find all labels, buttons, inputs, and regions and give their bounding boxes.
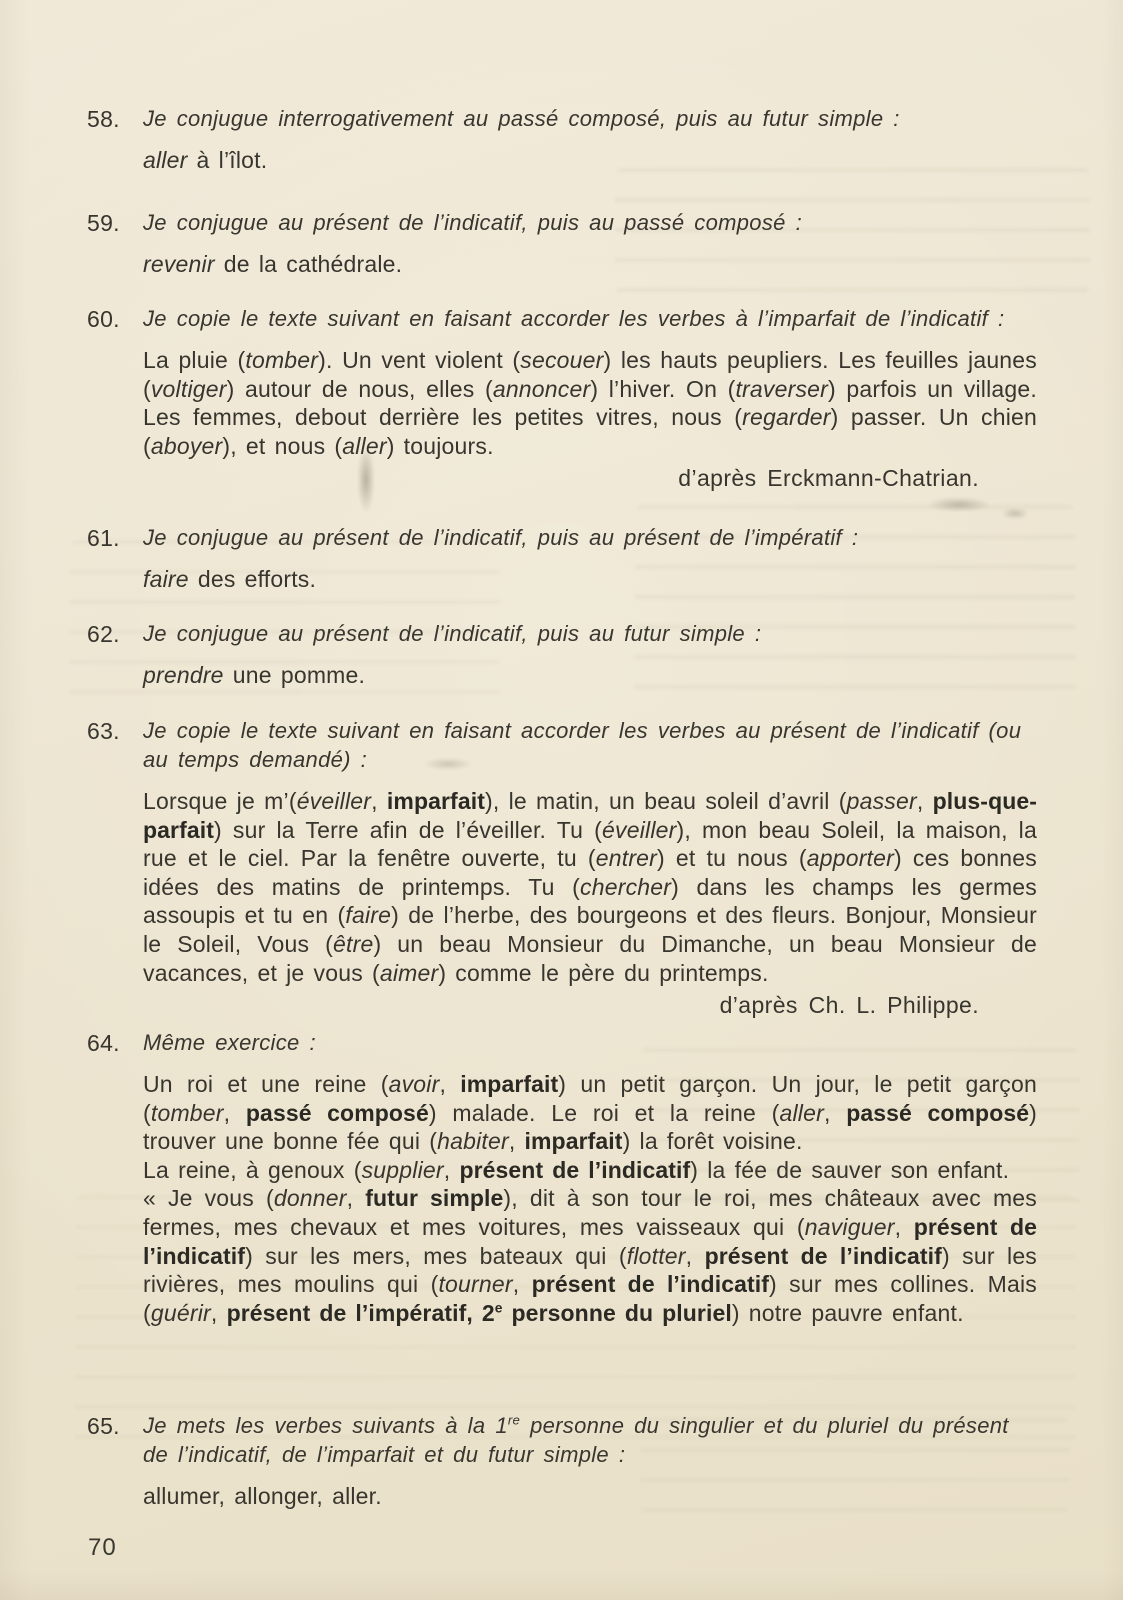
- exercise-59-number: 59.: [87, 209, 120, 238]
- exercise-61-text: faire des efforts.: [143, 565, 1037, 594]
- exercise-60: 60. Je copie le texte suivant en faisant…: [143, 304, 1037, 492]
- exercise-65-text: allumer, allonger, aller.: [143, 1482, 1037, 1511]
- exercise-61-instruction: Je conjugue au présent de l’indicatif, p…: [143, 523, 1037, 552]
- exercise-63: 63. Je copie le texte suivant en faisant…: [143, 716, 1037, 1019]
- exercise-64-number: 64.: [87, 1029, 120, 1058]
- exercise-63-instruction: Je copie le texte suivant en faisant acc…: [143, 716, 1037, 774]
- exercise-63-text: Lorsque je m’(éveiller, imparfait), le m…: [143, 787, 1037, 987]
- page-number: 70: [88, 1534, 117, 1562]
- exercise-60-number: 60.: [87, 305, 120, 334]
- exercise-59-instruction: Je conjugue au présent de l’indicatif, p…: [143, 208, 1037, 237]
- exercise-58-number: 58.: [87, 105, 120, 134]
- exercise-64-text: Un roi et une reine (avoir, imparfait) u…: [143, 1070, 1037, 1156]
- exercise-60-text: La pluie (tomber). Un vent violent (seco…: [143, 346, 1037, 460]
- exercise-59: 59. Je conjugue au présent de l’indicati…: [143, 208, 1037, 279]
- exercise-60-instruction: Je copie le texte suivant en faisant acc…: [143, 304, 1037, 333]
- exercise-60-attribution: d’après Erckmann-Chatrian.: [143, 464, 979, 492]
- exercise-58-instruction: Je conjugue interrogativement au passé c…: [143, 104, 1037, 133]
- exercise-61: 61. Je conjugue au présent de l’indicati…: [143, 523, 1037, 594]
- exercise-61-number: 61.: [87, 524, 120, 553]
- exercise-65-instruction: Je mets les verbes suivants à la 1re per…: [143, 1411, 1037, 1469]
- exercise-59-text: revenir de la cathédrale.: [143, 250, 1037, 279]
- exercise-64: 64. Même exercice : Un roi et une reine …: [143, 1028, 1037, 1327]
- exercise-64-text: « Je vous (donner, futur simple), dit à …: [143, 1184, 1037, 1327]
- exercise-62: 62. Je conjugue au présent de l’indicati…: [143, 619, 1037, 690]
- exercise-64-text: La reine, à genoux (supplier, présent de…: [143, 1156, 1037, 1185]
- exercise-58: 58. Je conjugue interrogativement au pas…: [143, 104, 1037, 175]
- book-page: { "page": { "number": "70", "paper_color…: [0, 0, 1123, 1600]
- pencil-smudge: [928, 497, 990, 512]
- exercise-63-attribution: d’après Ch. L. Philippe.: [143, 991, 979, 1019]
- pencil-smudge: [1002, 508, 1028, 519]
- exercise-62-instruction: Je conjugue au présent de l’indicatif, p…: [143, 619, 1037, 648]
- exercise-62-number: 62.: [87, 620, 120, 649]
- exercise-64-instruction: Même exercice :: [143, 1028, 1037, 1057]
- exercise-58-text: aller à l’îlot.: [143, 146, 1037, 175]
- exercise-62-text: prendre une pomme.: [143, 661, 1037, 690]
- exercise-65: 65. Je mets les verbes suivants à la 1re…: [143, 1411, 1037, 1511]
- exercise-65-number: 65.: [87, 1412, 120, 1441]
- exercise-63-number: 63.: [87, 717, 120, 746]
